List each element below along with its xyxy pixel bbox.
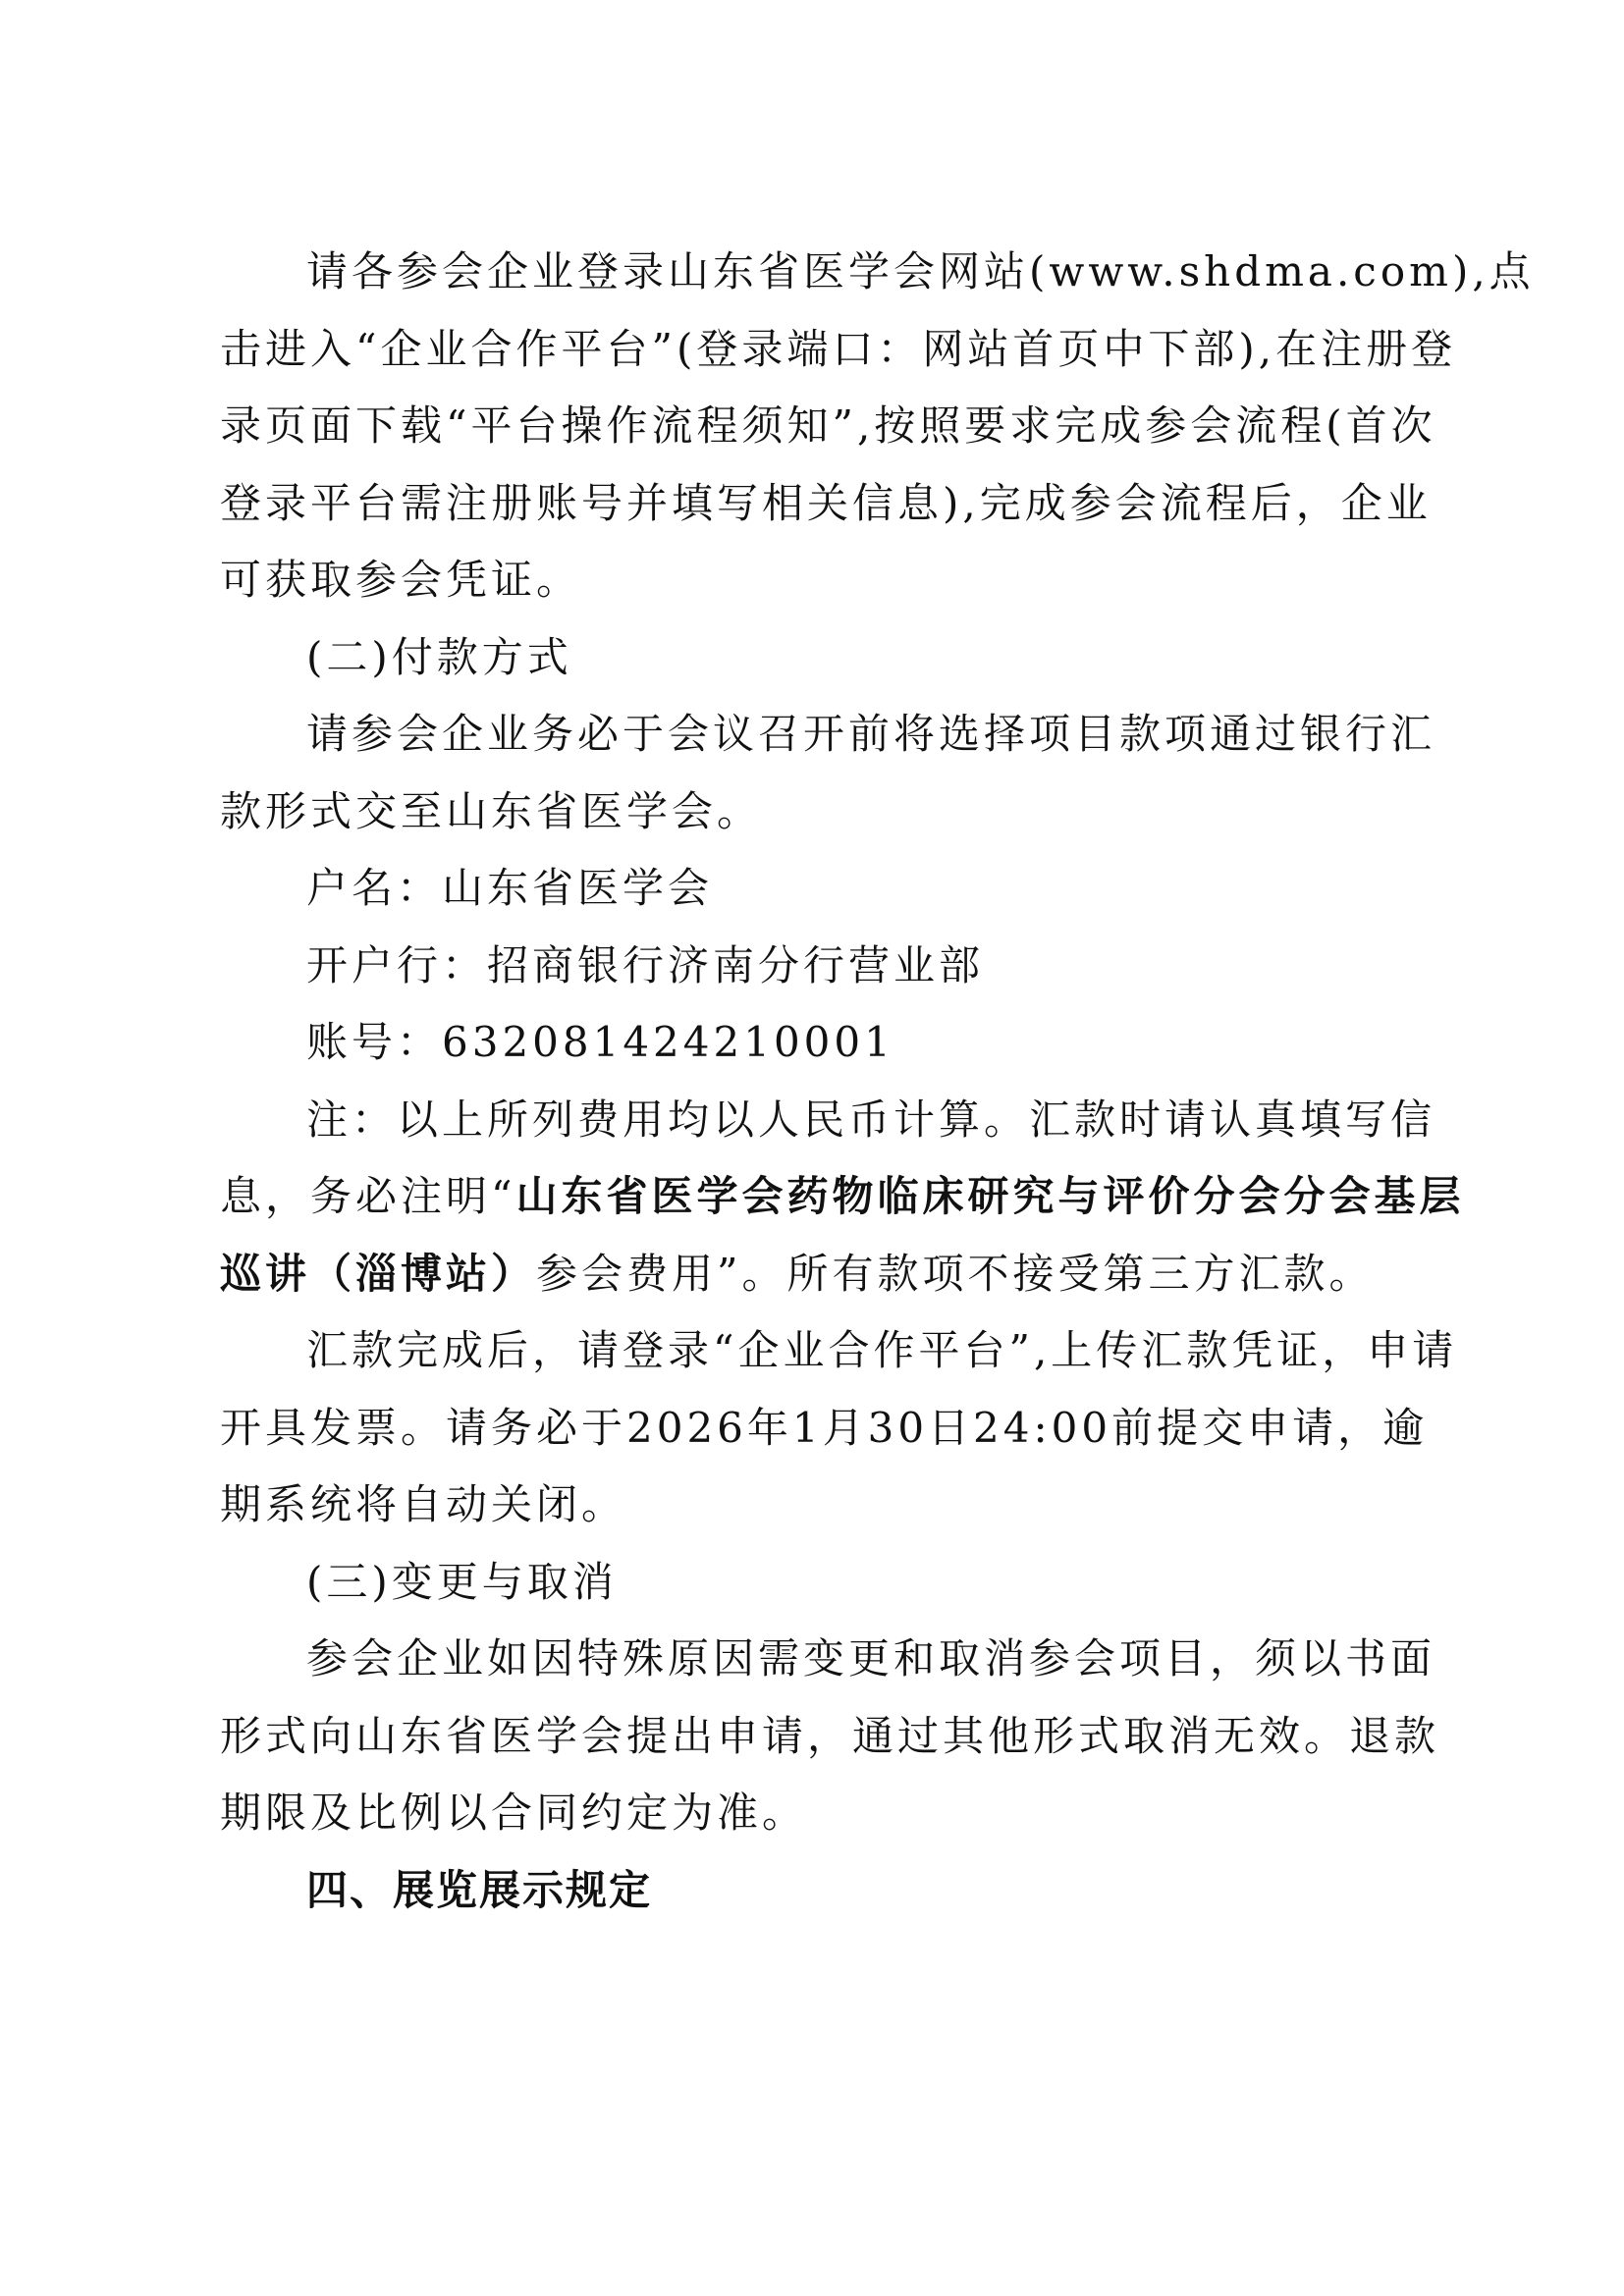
- exhibition-section-heading: 四、展览展示规定: [220, 1852, 1402, 1930]
- payment-note-paragraph: 注：以上所列费用均以人民币计算。汇款时请认真填写信 息，务必注明“山东省医学会药…: [220, 1082, 1402, 1313]
- change-paragraph: 参会企业如因特殊原因需变更和取消参会项目，须以书面 形式向山东省医学会提出申请，…: [220, 1621, 1402, 1852]
- text-line: 款形式交至山东省医学会。: [220, 774, 1402, 851]
- note-suffix: 参会费用”。所有款项不接受第三方汇款。: [536, 1250, 1374, 1298]
- invoice-paragraph: 汇款完成后，请登录“企业合作平台”,上传汇款凭证，申请 开具发票。请务必于202…: [220, 1312, 1402, 1544]
- text-line: 汇款完成后，请登录“企业合作平台”,上传汇款凭证，申请: [220, 1312, 1402, 1390]
- text-line: 录页面下载“平台操作流程须知”,按照要求完成参会流程(首次: [220, 388, 1402, 465]
- platform-paragraph: 请各参会企业登录山东省医学会网站(www.shdma.com),点 击进入“企业…: [220, 234, 1402, 619]
- text-line: 形式向山东省医学会提出申请，通过其他形式取消无效。退款: [220, 1698, 1402, 1776]
- text-line: 击进入“企业合作平台”(登录端口：网站首页中下部),在注册登: [220, 311, 1402, 389]
- account-number: 账号：632081424210001: [220, 1004, 1402, 1082]
- account-name: 户名：山东省医学会: [220, 850, 1402, 928]
- text-line: 参会企业如因特殊原因需变更和取消参会项目，须以书面: [220, 1621, 1402, 1698]
- text-line: 巡讲（淄博站）参会费用”。所有款项不接受第三方汇款。: [220, 1236, 1402, 1313]
- text-line: 开具发票。请务必于2026年1月30日24:00前提交申请，逾: [220, 1390, 1402, 1468]
- payment-section-title: (二)付款方式: [220, 619, 1402, 697]
- text-line: 请各参会企业登录山东省医学会网站(www.shdma.com),点: [220, 234, 1402, 311]
- text-line: 期限及比例以合同约定为准。: [220, 1775, 1402, 1852]
- change-section-title: (三)变更与取消: [220, 1544, 1402, 1622]
- text-line: 息，务必注明“山东省医学会药物临床研究与评价分会分会基层: [220, 1158, 1402, 1236]
- remittance-memo-bold: 巡讲（淄博站）: [220, 1250, 536, 1298]
- text-line: 期系统将自动关闭。: [220, 1467, 1402, 1544]
- text-line: 可获取参会凭证。: [220, 542, 1402, 619]
- payment-intro-paragraph: 请参会企业务必于会议召开前将选择项目款项通过银行汇 款形式交至山东省医学会。: [220, 696, 1402, 850]
- bank-name: 开户行：招商银行济南分行营业部: [220, 928, 1402, 1005]
- remittance-memo-bold: 山东省医学会药物临床研究与评价分会分会基层: [515, 1172, 1464, 1220]
- text-line: 登录平台需注册账号并填写相关信息),完成参会流程后，企业: [220, 465, 1402, 543]
- text-line: 注：以上所列费用均以人民币计算。汇款时请认真填写信: [220, 1082, 1402, 1159]
- text-line: 请参会企业务必于会议召开前将选择项目款项通过银行汇: [220, 696, 1402, 774]
- document-page: 请各参会企业登录山东省医学会网站(www.shdma.com),点 击进入“企业…: [220, 234, 1402, 1929]
- note-prefix: 息，务必注明“: [220, 1172, 515, 1220]
